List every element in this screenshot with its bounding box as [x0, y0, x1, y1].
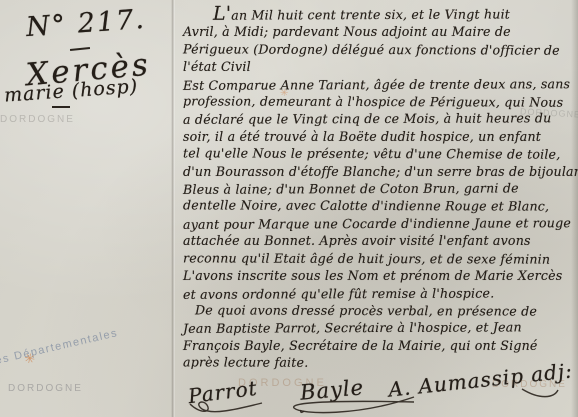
act-line: L'avons inscrite sous les Nom et prénom …	[183, 267, 573, 284]
act-line: et avons ordonné qu'elle fût remise à l'…	[183, 284, 573, 303]
signature-flourish	[520, 386, 560, 406]
act-line: Jean Baptiste Parrot, Secrétaire à l'hos…	[183, 318, 573, 337]
act-line: tel qu'elle Nous le présente; vêtu d'une…	[183, 145, 573, 164]
act-line: l'état Civil	[183, 58, 573, 75]
act-line: ayant pour Marque une Cocarde d'indienne…	[183, 214, 573, 233]
act-line: attachée au Bonnet. Après avoir visité l…	[183, 232, 573, 249]
signature-flourish	[186, 398, 266, 417]
act-body-text: L'an Mil huit cent trente six, et le Vin…	[183, 5, 573, 372]
record-number: N° 217.	[25, 4, 147, 43]
act-line: Avril, à Midi; pardevant Nous adjoint au…	[183, 23, 573, 40]
act-line: d'un Bourasson d'étoffe Blanche; d'un se…	[183, 163, 573, 180]
act-line: a déclaré que le Vingt cinq de ce Mois, …	[183, 110, 573, 129]
act-line: De quoi avons dressé procès verbal, en p…	[183, 301, 573, 320]
act-line: reconnu qu'il Etait âgé de huit jours, e…	[183, 249, 573, 268]
act-line: François Bayle, Secrétaire de la Mairie,…	[183, 337, 573, 354]
act-line: Bleus à laine; d'un Bonnet de Coton Brun…	[183, 179, 573, 198]
act-line: profession, demeurant à l'hospice de Pér…	[183, 92, 573, 111]
margin-column: N° 217. Xercès marie (hosp)	[0, 0, 170, 417]
page-fold-crease	[171, 0, 175, 417]
act-line: dentelle Noire, avec Calotte d'indienne …	[183, 197, 573, 216]
record-number-underline	[70, 47, 90, 51]
act-line: Est Comparue Anne Tariant, âgée de trent…	[183, 75, 573, 94]
act-line: Périgueux (Dordogne) délégué aux fonctio…	[183, 40, 573, 59]
act-line: soir, il a été trouvé à la Boëte dudit h…	[183, 128, 573, 145]
margin-name-underline	[52, 106, 70, 108]
margin-child-name-detail: marie (hosp)	[3, 75, 138, 106]
act-line: L'an Mil huit cent trente six, et le Vin…	[183, 4, 573, 24]
document-page: es Départementales DORDOGNE DORDOGNE DOR…	[0, 0, 578, 417]
